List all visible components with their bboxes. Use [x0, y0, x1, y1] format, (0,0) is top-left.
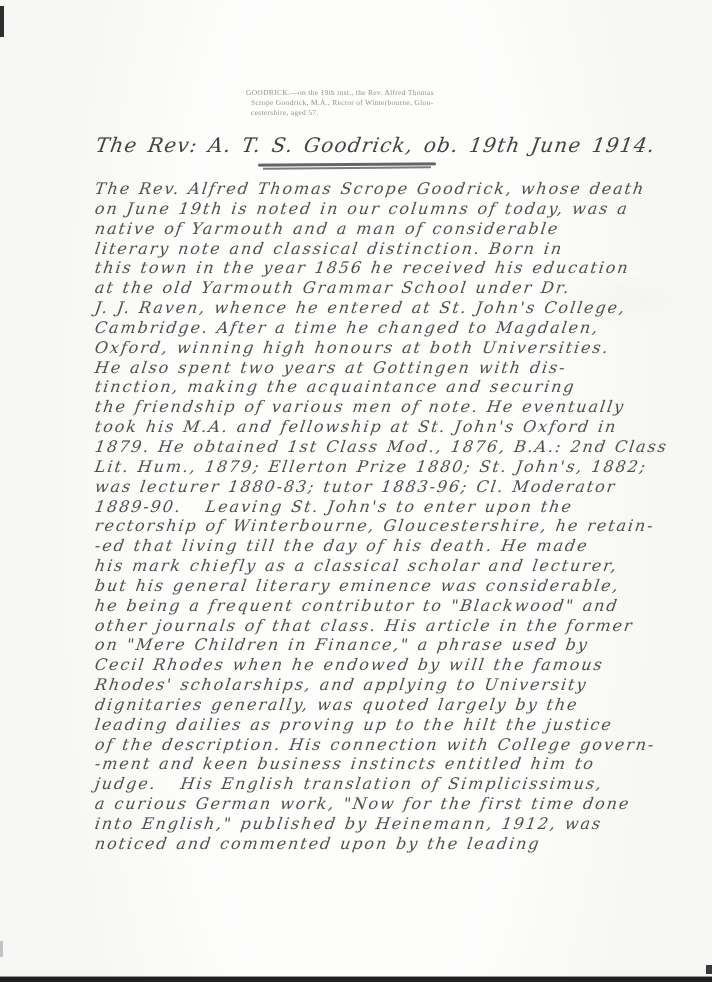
- handwritten-line: dignitaries generally, was quoted largel…: [94, 695, 672, 715]
- handwritten-line: judge. His English translation of Simpli…: [94, 774, 672, 794]
- handwritten-line: other journals of that class. His articl…: [94, 616, 672, 636]
- handwritten-line: but his general literary eminence was co…: [94, 576, 672, 596]
- obituary-title: The Rev: A. T. S. Goodrick, ob. 19th Jun…: [94, 133, 658, 157]
- handwritten-line: tinction, making the acquaintance and se…: [94, 377, 672, 397]
- handwritten-line: this town in the year 1856 he received h…: [94, 258, 672, 278]
- clipping-line: cestershire, aged 57.: [246, 108, 456, 118]
- heading-underline: [263, 166, 431, 169]
- handwritten-line: The Rev. Alfred Thomas Scrope Goodrick, …: [94, 179, 672, 199]
- handwritten-line: J. J. Raven, whence he entered at St. Jo…: [94, 298, 672, 318]
- handwritten-line: literary note and classical distinction.…: [94, 239, 672, 259]
- handwritten-line: -ed that living till the day of his deat…: [94, 536, 672, 556]
- handwritten-line: Cambridge. After a time he changed to Ma…: [94, 318, 672, 338]
- printed-death-notice-clipping: GOODRICK.—on the 19th inst., the Rev. Al…: [246, 88, 456, 118]
- handwritten-line: Rhodes' scholarships, and applying to Un…: [94, 675, 672, 695]
- handwritten-line: a curious German work, "Now for the firs…: [94, 794, 672, 814]
- handwritten-line: Lit. Hum., 1879; Ellerton Prize 1880; St…: [94, 457, 672, 477]
- handwritten-line: He also spent two years at Gottingen wit…: [94, 358, 672, 378]
- scan-artifact-top-left: [0, 6, 4, 37]
- handwritten-line: at the old Yarmouth Grammar School under…: [94, 278, 672, 298]
- scan-artifact-right-edge: [706, 965, 712, 974]
- handwritten-line: took his M.A. and fellowship at St. John…: [94, 417, 672, 437]
- scan-artifact-bottom-edge: [0, 977, 712, 982]
- handwritten-line: Oxford, winning high honours at both Uni…: [94, 338, 672, 358]
- handwritten-line: into English," published by Heinemann, 1…: [94, 814, 672, 834]
- handwritten-line: his mark chiefly as a classical scholar …: [94, 556, 672, 576]
- handwritten-line: rectorship of Winterbourne, Gloucestersh…: [94, 516, 672, 536]
- handwritten-line: 1879. He obtained 1st Class Mod., 1876, …: [94, 437, 672, 457]
- handwritten-line: the friendship of various men of note. H…: [94, 397, 672, 417]
- clipping-line: Scrope Goodrick, M.A., Rector of Winterb…: [246, 98, 456, 108]
- handwritten-line: was lecturer 1880-83; tutor 1883-96; Cl.…: [94, 477, 672, 497]
- scanned-obituary-page: GOODRICK.—on the 19th inst., the Rev. Al…: [0, 0, 712, 982]
- handwritten-line: -ment and keen business instincts entitl…: [94, 754, 672, 774]
- handwritten-line: on June 19th is noted in our columns of …: [94, 199, 672, 219]
- handwritten-line: leading dailies as proving up to the hil…: [94, 715, 672, 735]
- handwritten-line: of the description. His connection with …: [94, 735, 672, 755]
- handwritten-line: native of Yarmouth and a man of consider…: [94, 219, 672, 239]
- handwritten-line: 1889-90. Leaving St. John's to enter upo…: [94, 497, 672, 517]
- scan-artifact-left-smudge: [0, 941, 3, 957]
- handwritten-line: on "Mere Children in Finance," a phrase …: [94, 635, 672, 655]
- handwritten-line: he being a frequent contributor to "Blac…: [94, 596, 672, 616]
- clipping-line: GOODRICK.—on the 19th inst., the Rev. Al…: [246, 88, 456, 98]
- handwritten-line: noticed and commented upon by the leadin…: [94, 834, 672, 854]
- handwritten-line: Cecil Rhodes when he endowed by will the…: [94, 655, 672, 675]
- obituary-body-text: The Rev. Alfred Thomas Scrope Goodrick, …: [95, 179, 670, 854]
